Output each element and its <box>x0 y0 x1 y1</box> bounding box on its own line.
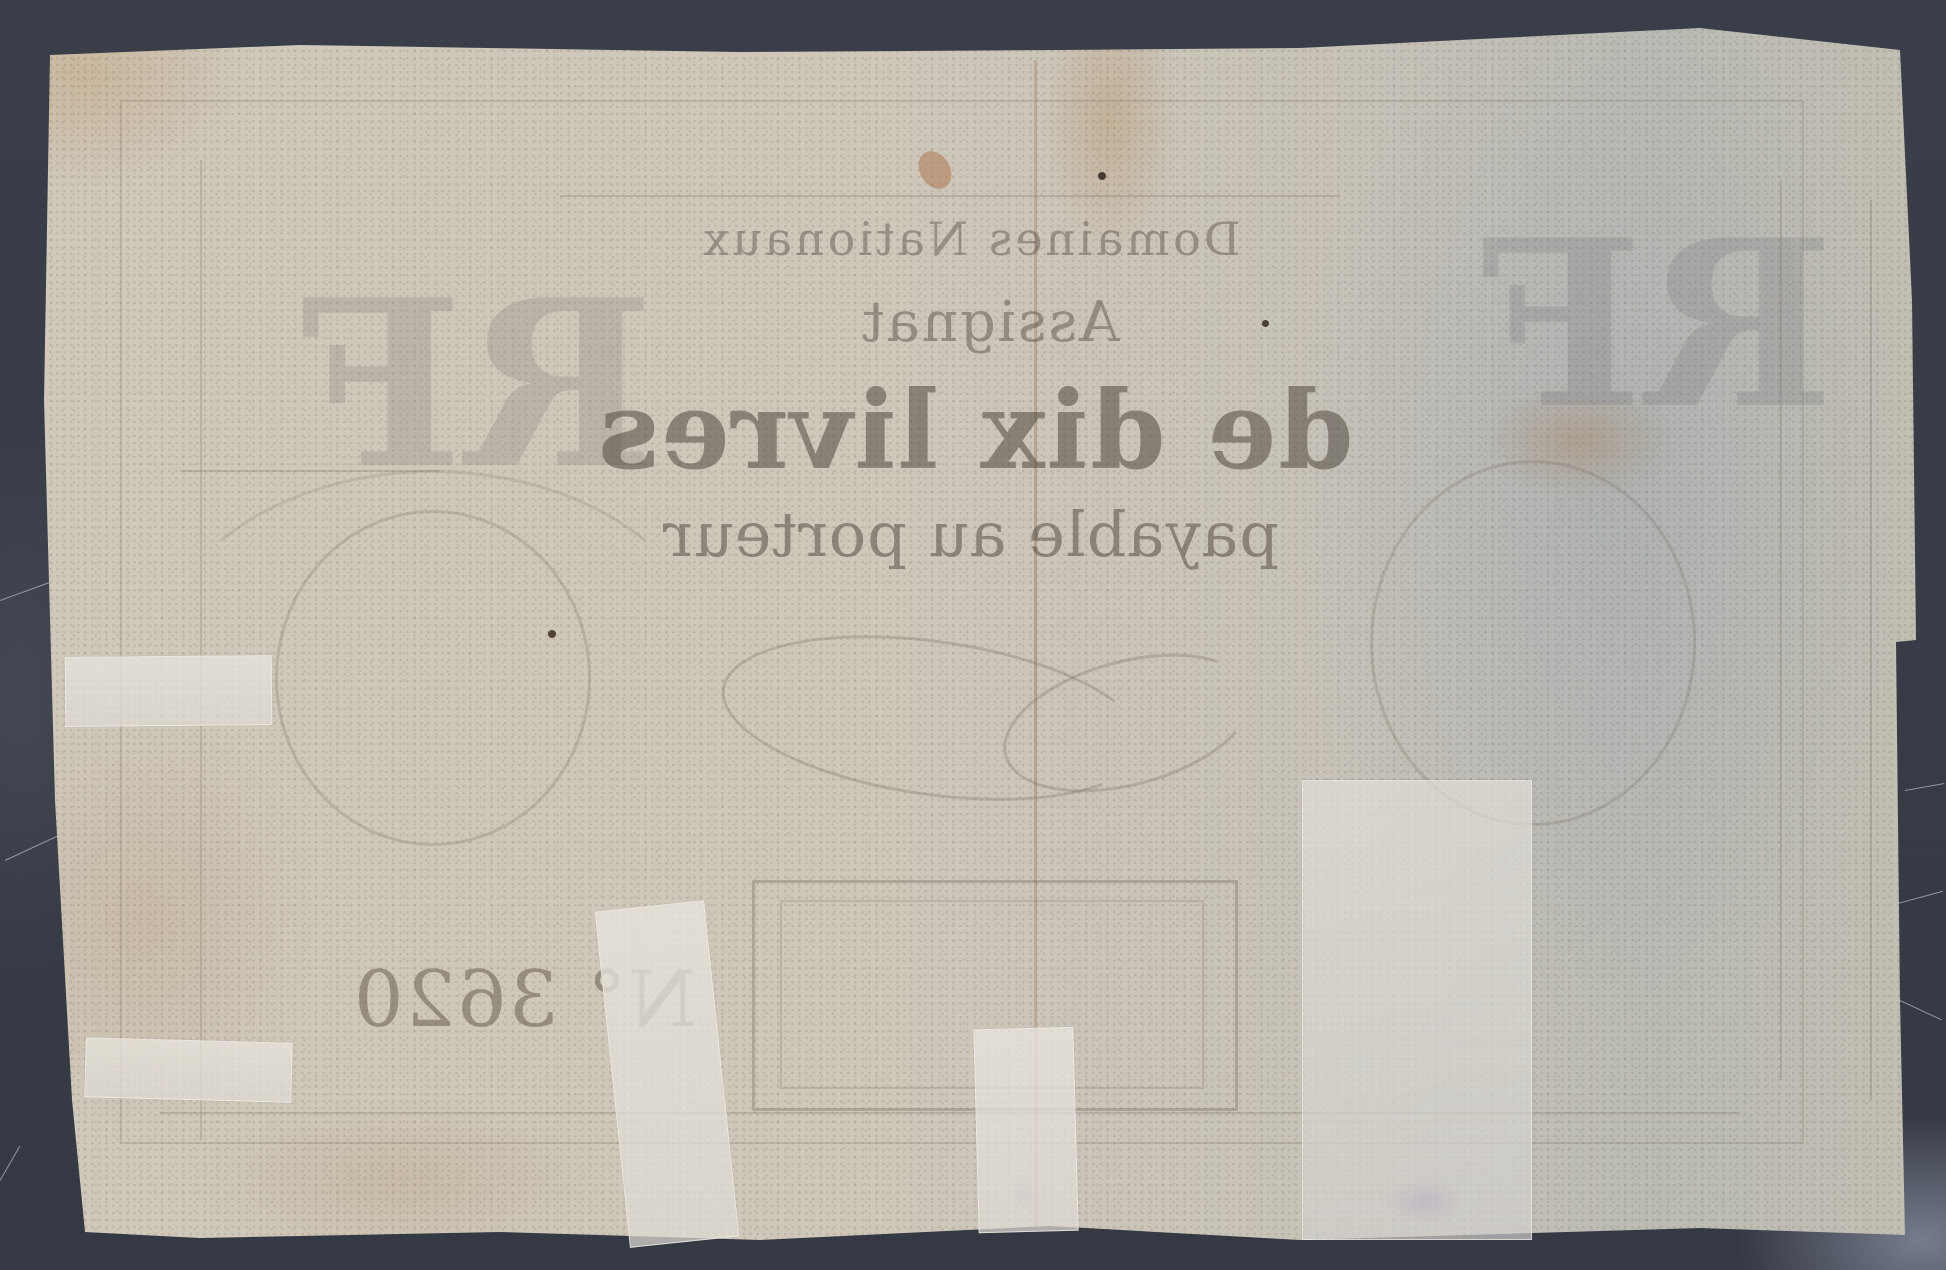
dark-spot <box>1098 172 1106 180</box>
mirrored-text-payable: payable au porteur <box>610 498 1330 571</box>
tape-strip-bottom-center <box>973 1027 1078 1234</box>
tape-strip-left-middle <box>65 655 273 727</box>
mirrored-monogram-right: RF <box>1480 190 1834 460</box>
frame-rule-inner-right <box>1870 200 1872 1100</box>
right-medallion-oval <box>1370 460 1696 826</box>
mirrored-text-assignat: Assignat <box>760 290 1220 355</box>
mirrored-text-denomination: de dix livres <box>560 368 1390 494</box>
dark-spot <box>1262 320 1269 327</box>
banknote-paper: RF RF Domaines Nationaux Assignat de dix… <box>0 0 1946 1270</box>
tape-strip-bottom-right <box>1302 780 1532 1240</box>
mirrored-text-domaines-nationaux: Domaines Nationaux <box>560 212 1380 266</box>
tape-strip-bottom-left <box>84 1037 292 1102</box>
frame-rule-top <box>560 195 1340 197</box>
